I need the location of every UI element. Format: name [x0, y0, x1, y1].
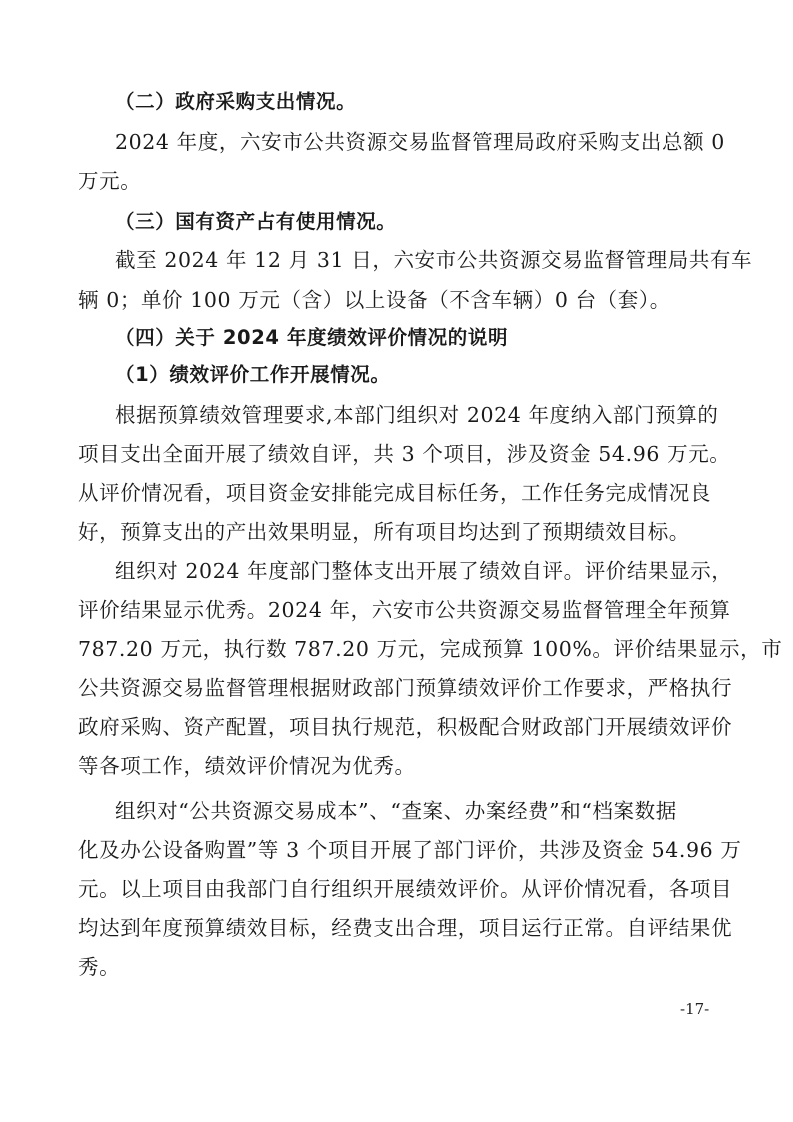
- paragraph-line: 公共资源交易监督管理根据财政部门预算绩效评价工作要求，严格执行: [78, 674, 732, 702]
- paragraph-line: 组织对 2024 年度部门整体支出开展了绩效自评。评价结果显示，: [115, 557, 732, 585]
- paragraph-line: 万元。: [78, 167, 141, 195]
- paragraph-line: 化及办公设备购置”等 3 个项目开展了部门评价，共涉及资金 54.96 万: [78, 836, 741, 864]
- paragraph-line: 均达到年度预算绩效目标，经费支出合理，项目运行正常。自评结果优: [78, 914, 732, 942]
- paragraph-line: 项目支出全面开展了绩效自评，共 3 个项目，涉及资金 54.96 万元。: [78, 440, 730, 468]
- paragraph-line: 等各项工作，绩效评价情况为优秀。: [78, 752, 416, 780]
- paragraph-line: 组织对“公共资源交易成本”、“查案、办案经费”和“档案数据: [115, 797, 677, 825]
- paragraph-line: 秀。: [78, 953, 120, 981]
- paragraph-line: 好，预算支出的产出效果明显，所有项目均达到了预期绩效目标。: [78, 518, 690, 546]
- paragraph-line: 从评价情况看，项目资金安排能完成目标任务，工作任务完成情况良: [78, 479, 711, 507]
- paragraph-line: 辆 0；单价 100 万元（含）以上设备（不含车辆）0 台（套）。: [78, 286, 671, 314]
- paragraph-line: 元。以上项目由我部门自行组织开展绩效评价。从评价情况看，各项目: [78, 875, 732, 903]
- section-heading-government-procurement: （二）政府采购支出情况。: [115, 88, 356, 116]
- section-heading-performance-evaluation: （四）关于 2024 年度绩效评价情况的说明: [115, 324, 508, 352]
- section-heading-state-assets: （三）国有资产占有使用情况。: [115, 208, 396, 236]
- paragraph-line: 评价结果显示优秀。2024 年，六安市公共资源交易监督管理全年预算: [78, 596, 731, 624]
- subsection-heading-evaluation-work: （1）绩效评价工作开展情况。: [115, 361, 390, 389]
- paragraph-line: 787.20 万元，执行数 787.20 万元，完成预算 100%。评价结果显示…: [78, 635, 782, 663]
- paragraph-line: 截至 2024 年 12 月 31 日，六安市公共资源交易监督管理局共有车: [115, 246, 752, 274]
- paragraph-line: 2024 年度，六安市公共资源交易监督管理局政府采购支出总额 0: [115, 128, 725, 156]
- paragraph-line: 根据预算绩效管理要求,本部门组织对 2024 年度纳入部门预算的: [115, 401, 718, 429]
- paragraph-line: 政府采购、资产配置，项目执行规范，积极配合财政部门开展绩效评价: [78, 713, 732, 741]
- page-number: -17-: [680, 1000, 709, 1018]
